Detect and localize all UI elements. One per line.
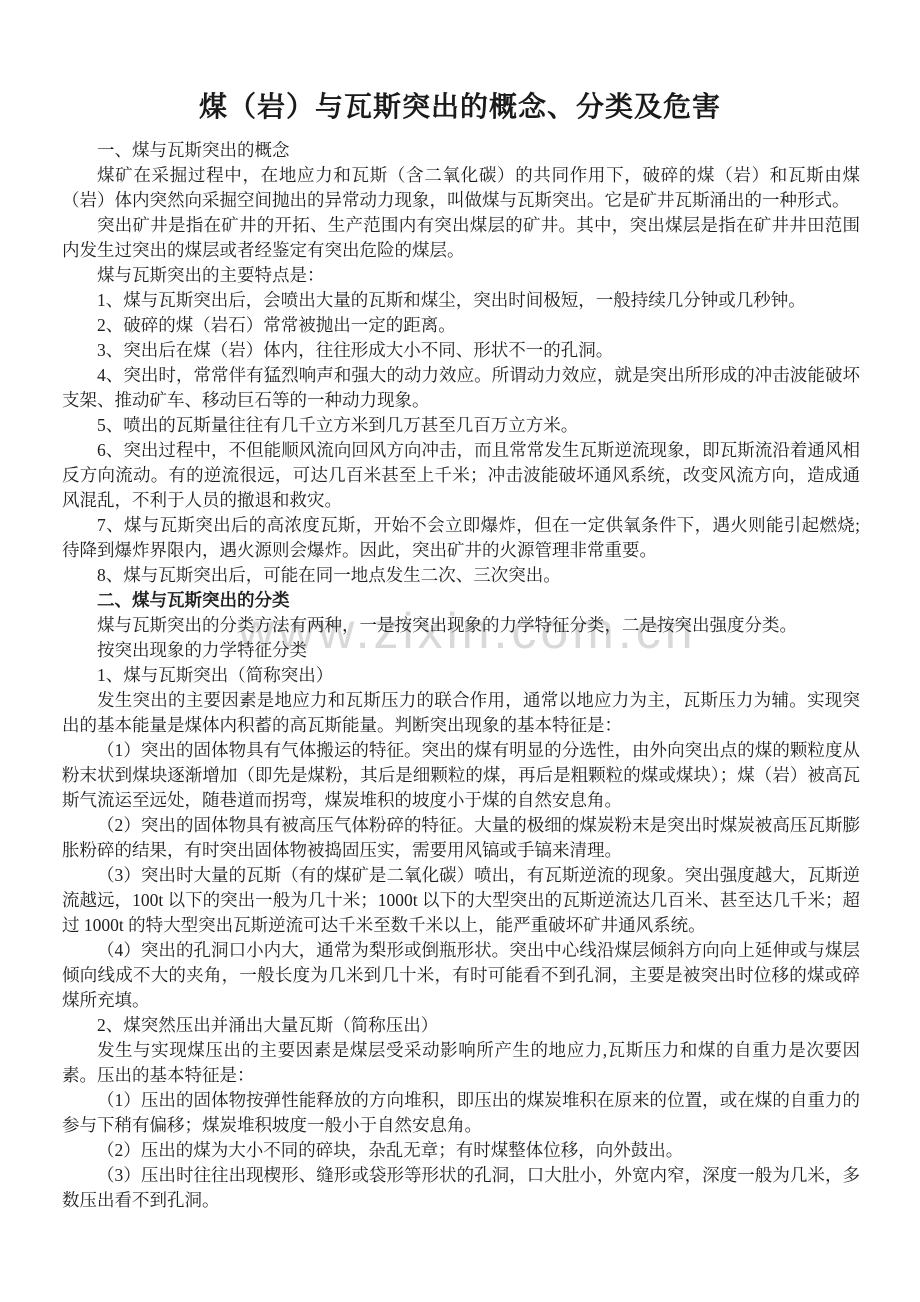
- paragraph: 发生与实现煤压出的主要因素是煤层受采动影响所产生的地应力,瓦斯压力和煤的自重力是…: [62, 1038, 860, 1088]
- paragraph: 4、突出时，常常伴有猛烈响声和强大的动力效应。所谓动力效应，就是突出所形成的冲击…: [62, 363, 860, 413]
- paragraph: 发生突出的主要因素是地应力和瓦斯压力的联合作用，通常以地应力为主，瓦斯压力为辅。…: [62, 688, 860, 738]
- section-heading: 二、煤与瓦斯突出的分类: [62, 588, 860, 613]
- paragraph: （2）突出的固体物具有被高压气体粉碎的特征。大量的极细的煤炭粉末是突出时煤炭被高…: [62, 813, 860, 863]
- paragraph: （3）压出时往往出现楔形、缝形或袋形等形状的孔洞，口大肚小，外宽内窄，深度一般为…: [62, 1163, 860, 1213]
- paragraph: 煤与瓦斯突出的分类方法有两种，一是按突出现象的力学特征分类，二是按突出强度分类。: [62, 613, 860, 638]
- paragraph: 煤与瓦斯突出的主要特点是：: [62, 263, 860, 288]
- paragraph: （1）突出的固体物具有气体搬运的特征。突出的煤有明显的分选性，由外向突出点的煤的…: [62, 738, 860, 813]
- paragraph: 7、煤与瓦斯突出后的高浓度瓦斯，开始不会立即爆炸，但在一定供氧条件下，遇火则能引…: [62, 513, 860, 563]
- paragraph: （3）突出时大量的瓦斯（有的煤矿是二氧化碳）喷出，有瓦斯逆流的现象。突出强度越大…: [62, 863, 860, 938]
- paragraph: 1、煤与瓦斯突出（简称突出）: [62, 663, 860, 688]
- paragraph: 1、煤与瓦斯突出后，会喷出大量的瓦斯和煤尘，突出时间极短，一般持续几分钟或几秒钟…: [62, 288, 860, 313]
- paragraph: 煤矿在采掘过程中，在地应力和瓦斯（含二氧化碳）的共同作用下，破碎的煤（岩）和瓦斯…: [62, 163, 860, 213]
- paragraph: 按突出现象的力学特征分类: [62, 638, 860, 663]
- paragraph: 2、破碎的煤（岩石）常常被抛出一定的距离。: [62, 313, 860, 338]
- paragraph: （2）压出的煤为大小不同的碎块，杂乱无章；有时煤整体位移，向外鼓出。: [62, 1138, 860, 1163]
- paragraph: （1）压出的固体物按弹性能释放的方向堆积，即压出的煤炭堆积在原来的位置，或在煤的…: [62, 1088, 860, 1138]
- paragraph: 3、突出后在煤（岩）体内，往往形成大小不同、形状不一的孔洞。: [62, 338, 860, 363]
- paragraph: （4）突出的孔洞口小内大，通常为梨形或倒瓶形状。突出中心线沿煤层倾斜方向向上延伸…: [62, 938, 860, 1013]
- paragraph: 8、煤与瓦斯突出后，可能在同一地点发生二次、三次突出。: [62, 563, 860, 588]
- paragraph: 6、突出过程中，不但能顺风流向回风方向冲击，而且常常发生瓦斯逆流现象，即瓦斯流沿…: [62, 438, 860, 513]
- document-title: 煤（岩）与瓦斯突出的概念、分类及危害: [0, 0, 920, 126]
- paragraph: 一、煤与瓦斯突出的概念: [62, 138, 860, 163]
- document-body: 一、煤与瓦斯突出的概念煤矿在采掘过程中，在地应力和瓦斯（含二氧化碳）的共同作用下…: [0, 138, 920, 1213]
- paragraph: 突出矿井是指在矿井的开拓、生产范围内有突出煤层的矿井。其中，突出煤层是指在矿井井…: [62, 213, 860, 263]
- paragraph: 2、煤突然压出并涌出大量瓦斯（简称压出）: [62, 1013, 860, 1038]
- document-page: www.zixin.com.cn 煤（岩）与瓦斯突出的概念、分类及危害 一、煤与…: [0, 0, 920, 1302]
- paragraph: 5、喷出的瓦斯量往往有几千立方米到几万甚至几百万立方米。: [62, 413, 860, 438]
